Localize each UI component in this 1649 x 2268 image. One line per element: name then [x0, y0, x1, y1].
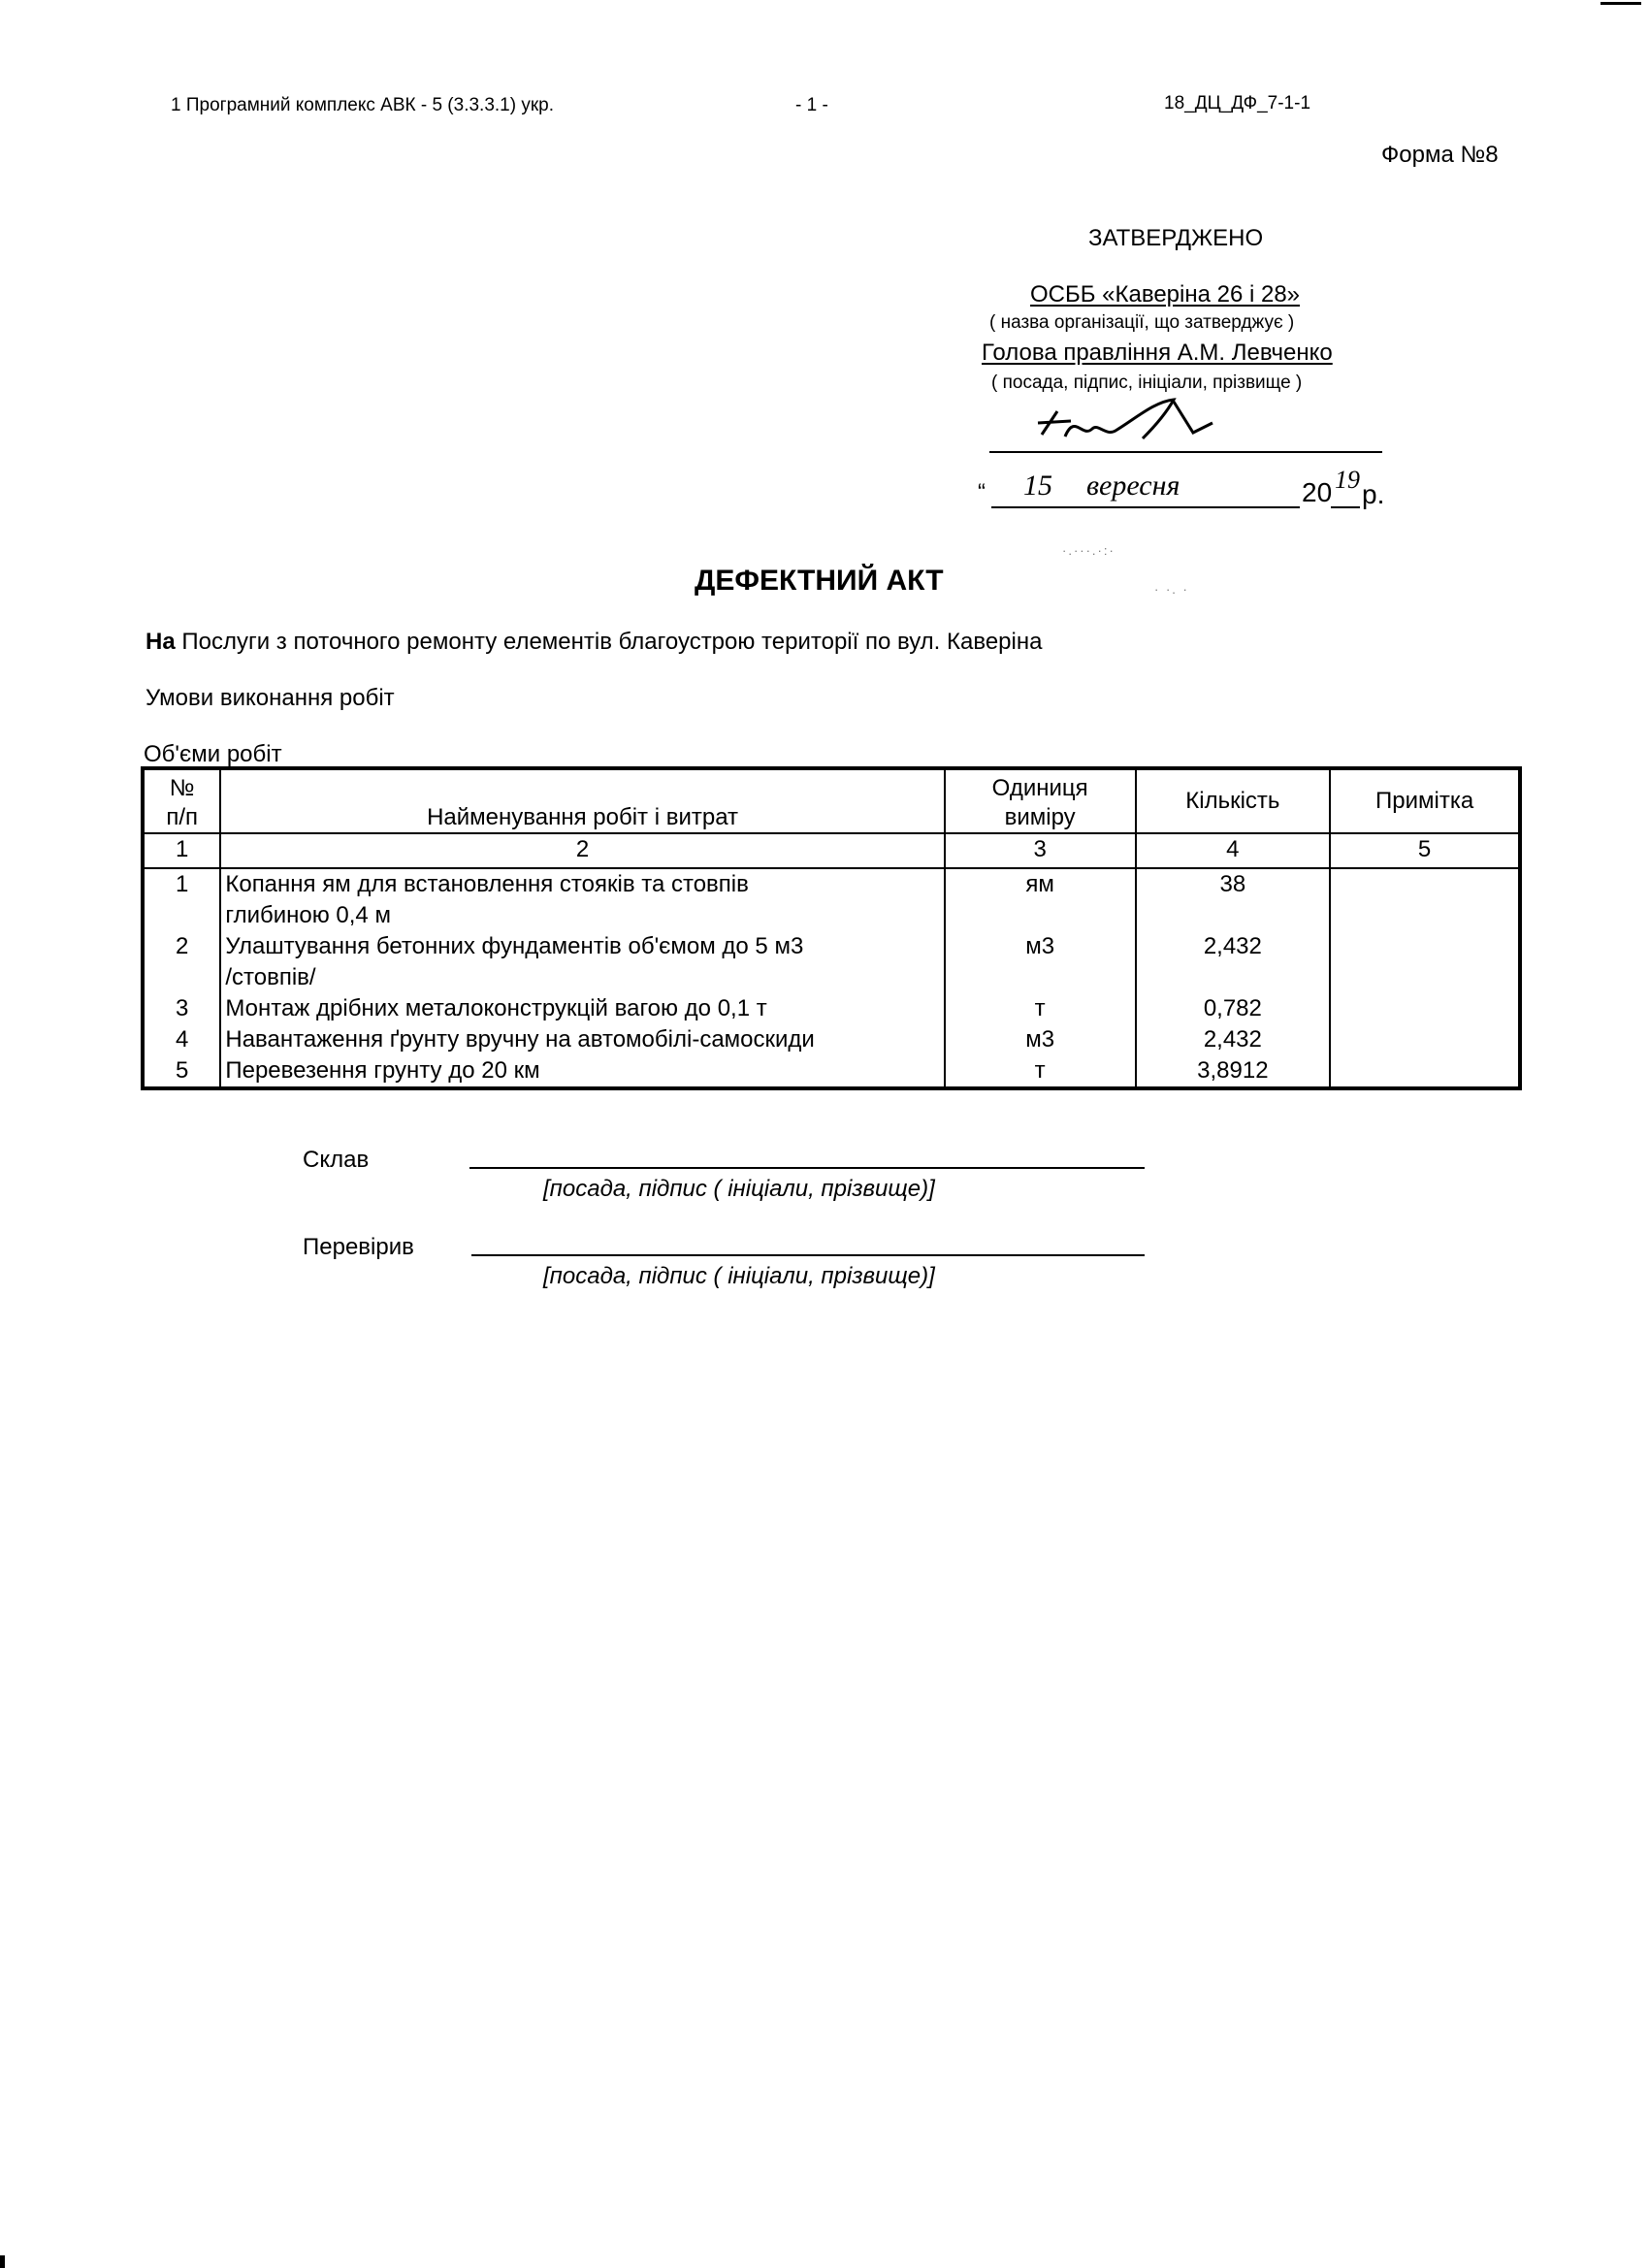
checked-label: Перевірив — [303, 1234, 414, 1261]
date-line — [991, 506, 1300, 508]
approved-label: ЗАТВЕРДЖЕНО — [1088, 225, 1263, 252]
row-name: Перевезення грунту до 20 км — [220, 1055, 944, 1088]
header-quantity: Кількість — [1136, 768, 1331, 833]
row-quantity: 0,782 — [1136, 993, 1331, 1024]
document-title: ДЕФЕКТНИЙ АКТ — [695, 565, 944, 598]
form-number: Форма №8 — [1381, 142, 1499, 169]
row-number: 3 — [143, 993, 220, 1024]
header-unit: Одиницявиміру — [945, 768, 1136, 833]
stamp-remnant: ·.···.·:· — [1062, 543, 1115, 558]
software-name: 1 Програмний комплекс АВК - 5 (3.3.3.1) … — [171, 95, 554, 116]
row-unit: т — [945, 993, 1136, 1024]
approver-hint: ( посада, підпис, ініціали, прізвище ) — [991, 373, 1302, 394]
header-number: №п/п — [143, 768, 220, 833]
row-note — [1330, 1055, 1520, 1088]
checked-signature-line — [471, 1254, 1145, 1256]
table-row: 5 Перевезення грунту до 20 км т 3,8912 — [143, 1055, 1520, 1088]
approver-position: Голова правління А.М. Левченко — [982, 340, 1333, 367]
document-subject: На Послуги з поточного ремонту елементів… — [145, 629, 1042, 656]
row-note — [1330, 1024, 1520, 1055]
work-volumes-table: №п/п Найменування робіт і витрат Одиниця… — [141, 766, 1522, 1090]
column-number: 3 — [945, 833, 1136, 868]
work-volumes-label: Об'єми робіт — [144, 741, 282, 768]
row-name: Монтаж дрібних металоконструкцій вагою д… — [220, 993, 944, 1024]
year-line — [1331, 506, 1360, 508]
subject-label: На — [145, 629, 176, 655]
composed-hint: [посада, підпис ( ініціали, прізвище)] — [543, 1176, 935, 1203]
row-note — [1330, 931, 1520, 993]
row-note — [1330, 868, 1520, 931]
table-row: 2 Улаштування бетонних фундаментів об'єм… — [143, 931, 1520, 993]
checked-hint: [посада, підпис ( ініціали, прізвище)] — [543, 1263, 935, 1290]
date-year-prefix: 20 — [1302, 477, 1332, 508]
row-quantity: 38 — [1136, 868, 1331, 931]
scan-mark — [0, 2255, 5, 2268]
organization-hint: ( назва організації, що затверджує ) — [989, 312, 1294, 334]
column-number: 2 — [220, 833, 944, 868]
organization-name: ОСББ «Каверіна 26 і 28» — [1030, 281, 1300, 308]
column-number: 5 — [1330, 833, 1520, 868]
row-number: 1 — [143, 868, 220, 931]
row-unit: ям — [945, 868, 1136, 931]
stamp-remnant: · ·. · — [1154, 582, 1189, 597]
date-month: вересня — [1086, 470, 1180, 502]
row-unit: м3 — [945, 1024, 1136, 1055]
date-day: 15 — [1023, 470, 1052, 502]
date-quote: “ — [978, 479, 986, 506]
column-number: 1 — [143, 833, 220, 868]
approval-signature-line — [989, 451, 1382, 453]
row-quantity: 2,432 — [1136, 1024, 1331, 1055]
composed-label: Склав — [303, 1147, 369, 1174]
work-conditions: Умови виконання робіт — [145, 685, 395, 712]
row-quantity: 2,432 — [1136, 931, 1331, 993]
table-row: 1 Копання ям для встановлення стояків та… — [143, 868, 1520, 931]
signature-icon — [1028, 394, 1242, 452]
row-number: 2 — [143, 931, 220, 993]
row-quantity: 3,8912 — [1136, 1055, 1331, 1088]
table-row: 3 Монтаж дрібних металоконструкцій вагою… — [143, 993, 1520, 1024]
row-name: Улаштування бетонних фундаментів об'ємом… — [220, 931, 944, 993]
column-number-row: 1 2 3 4 5 — [143, 833, 1520, 868]
row-unit: м3 — [945, 931, 1136, 993]
page-number: - 1 - — [795, 95, 828, 116]
doc-code: 18_ДЦ_ДФ_7-1-1 — [1164, 93, 1310, 114]
row-note — [1330, 993, 1520, 1024]
table-row: 4 Навантаження ґрунту вручну на автомобі… — [143, 1024, 1520, 1055]
row-name: Навантаження ґрунту вручну на автомобілі… — [220, 1024, 944, 1055]
header-name: Найменування робіт і витрат — [220, 768, 944, 833]
scan-mark — [1600, 2, 1641, 5]
date-suffix: р. — [1362, 479, 1384, 510]
row-number: 5 — [143, 1055, 220, 1088]
subject-text: Послуги з поточного ремонту елементів бл… — [176, 629, 1043, 655]
row-unit: т — [945, 1055, 1136, 1088]
row-number: 4 — [143, 1024, 220, 1055]
row-name: Копання ям для встановлення стояків та с… — [220, 868, 944, 931]
table-header-row: №п/п Найменування робіт і витрат Одиниця… — [143, 768, 1520, 833]
header-note: Примітка — [1330, 768, 1520, 833]
composed-signature-line — [469, 1167, 1145, 1169]
date-year-suffix: 19 — [1335, 466, 1360, 495]
column-number: 4 — [1136, 833, 1331, 868]
